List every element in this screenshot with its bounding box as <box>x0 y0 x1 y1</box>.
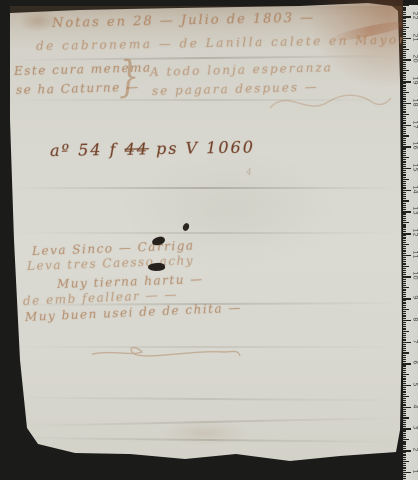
ruler-number: 19 <box>412 76 418 86</box>
ruler-top-shadow <box>403 0 418 5</box>
scanned-document-photo: Notas en 28 — Julio de 1803 — de cabrone… <box>0 0 418 480</box>
ruler-number: 16 <box>412 141 418 151</box>
ruler-number: 4 <box>412 401 418 411</box>
ruler-number: 15 <box>412 162 418 172</box>
ruler-number: 22 <box>412 11 418 21</box>
ruler-number: 2 <box>412 445 418 455</box>
ruler-number: 9 <box>412 293 418 303</box>
ruler-number: 17 <box>412 119 418 129</box>
ruler-number: 14 <box>412 184 418 194</box>
ruler-number: 13 <box>412 206 418 216</box>
ruler-number: 7 <box>412 336 418 346</box>
ruler-number: 10 <box>412 271 418 281</box>
ruler-number: 5 <box>412 379 418 389</box>
ruler-number: 21 <box>412 32 418 42</box>
ruler-number: 11 <box>412 249 418 259</box>
ruler-number: 1 <box>412 466 418 476</box>
ruler-number: 18 <box>412 97 418 107</box>
ruler-number: 8 <box>412 314 418 324</box>
manuscript-paper-sheet <box>0 0 418 480</box>
ruler-number: 20 <box>412 54 418 64</box>
archival-ruler: 22212019181716151413121110987654321 <box>403 0 418 480</box>
ruler-number: 12 <box>412 228 418 238</box>
ruler-number: 6 <box>412 358 418 368</box>
ruler-number: 3 <box>412 423 418 433</box>
